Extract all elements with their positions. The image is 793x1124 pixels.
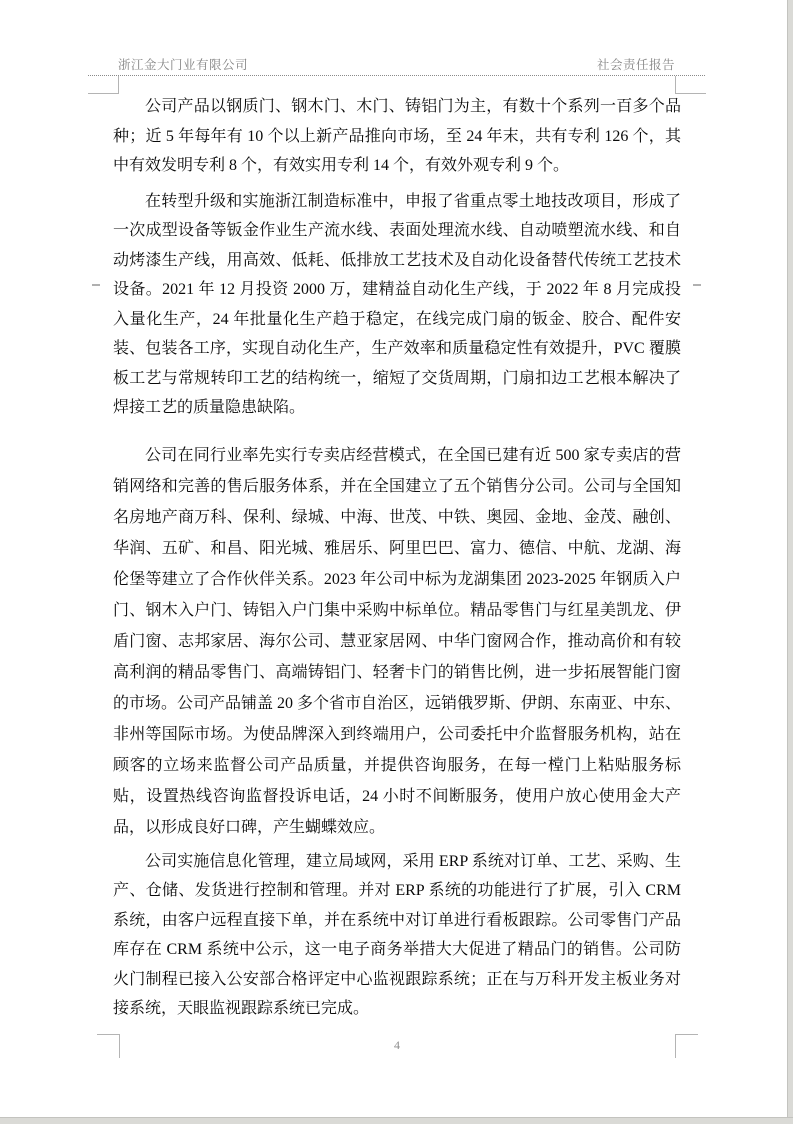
page-header: 浙江金大门业有限公司 社会责任报告 xyxy=(88,55,705,76)
page-edge-right xyxy=(787,0,793,1124)
body-paragraph-products-patents: 公司产品以钢质门、钢木门、木门、铸铝门为主，有数十个系列一百多个品种；近 5 年… xyxy=(113,92,681,181)
header-report-title: 社会责任报告 xyxy=(597,55,705,73)
document-page: 浙江金大门业有限公司 社会责任报告 公司产品以钢质门、钢木门、木门、铸铝门为主，… xyxy=(0,0,793,1124)
body-paragraph-sales-network: 公司在同行业率先实行专卖店经营模式，在全国已建有近 500 家专卖店的营销网络和… xyxy=(113,440,681,843)
page-number: 4 xyxy=(394,1038,400,1052)
body-paragraph-manufacturing-upgrade: 在转型升级和实施浙江制造标准中，申报了省重点零土地技改项目，形成了一次成型设备等… xyxy=(113,187,681,423)
document-body: 公司产品以钢质门、钢木门、木门、铸铝门为主，有数十个系列一百多个品种；近 5 年… xyxy=(113,92,681,1024)
margin-dash-right xyxy=(693,284,701,286)
header-company-name: 浙江金大门业有限公司 xyxy=(88,55,248,73)
page-edge-bottom xyxy=(0,1117,793,1124)
body-paragraph-information-management: 公司实施信息化管理，建立局域网，采用 ERP 系统对订单、工艺、采购、生产、仓储… xyxy=(113,847,681,1024)
page-footer: 4 xyxy=(113,1038,681,1053)
margin-dash-left xyxy=(92,284,100,286)
